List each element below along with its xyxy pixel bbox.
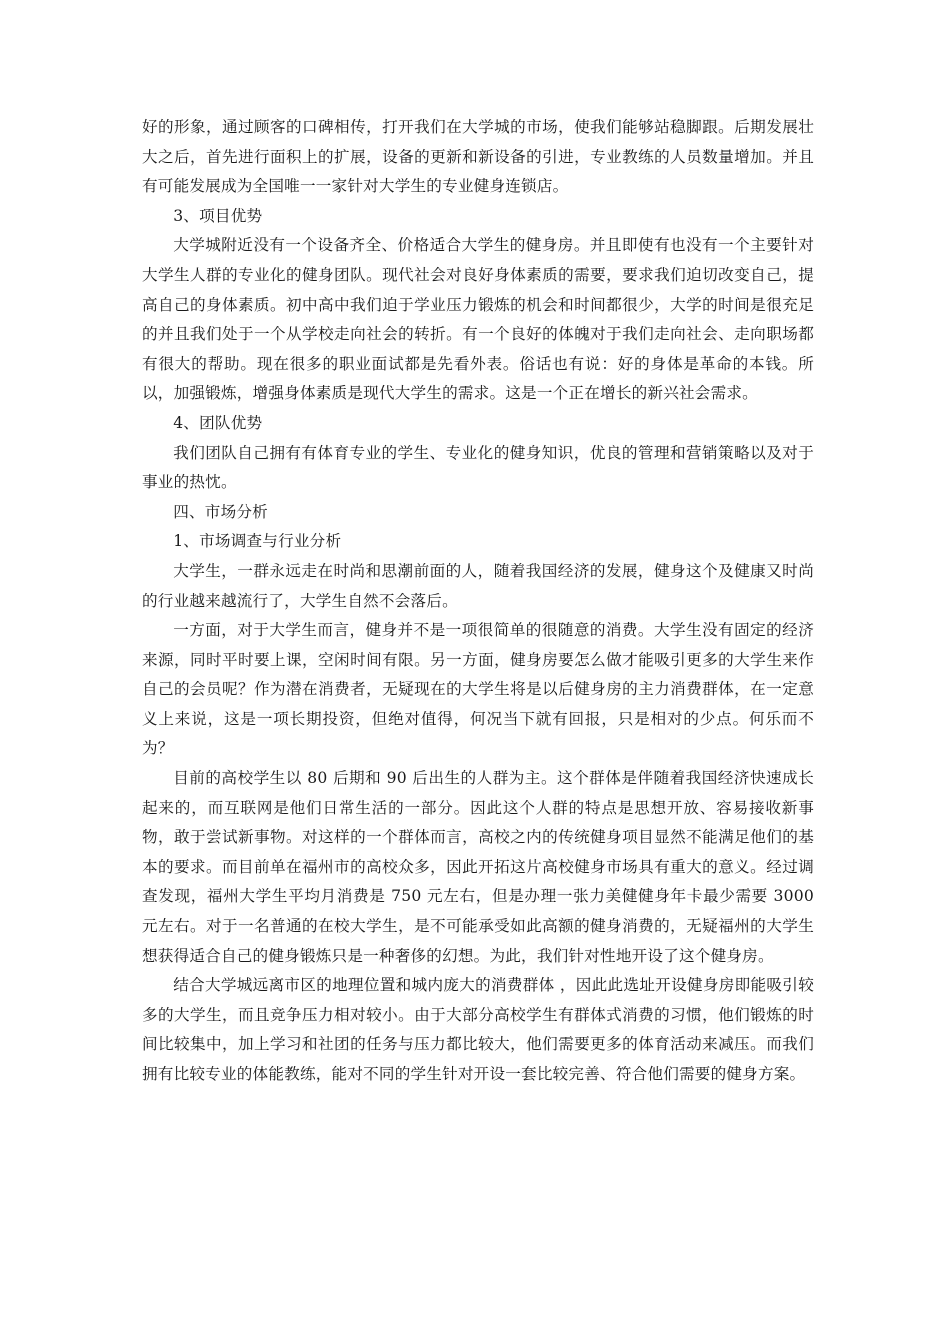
paragraph-continuation: 好的形象，通过顾客的口碑相传，打开我们在大学城的市场，使我们能够站稳脚跟。后期发… [142, 113, 814, 202]
paragraph-team-advantage: 我们团队自己拥有有体育专业的学生、专业化的健身知识，优良的管理和营销策略以及对于… [142, 439, 814, 498]
section-heading-project-advantage: 3、项目优势 [142, 202, 814, 232]
subsection-heading-market-research: 1、市场调查与行业分析 [142, 527, 814, 557]
paragraph-consumption: 一方面，对于大学生而言，健身并不是一项很简单的很随意的消费。大学生没有固定的经济… [142, 616, 814, 764]
section-heading-market-analysis: 四、市场分析 [142, 498, 814, 528]
paragraph-project-advantage: 大学城附近没有一个设备齐全、价格适合大学生的健身房。并且即使有也没有一个主要针对… [142, 231, 814, 409]
document-page: 好的形象，通过顾客的口碑相传，打开我们在大学城的市场，使我们能够站稳脚跟。后期发… [142, 113, 814, 1090]
paragraph-target-group: 目前的高校学生以 80 后期和 90 后出生的人群为主。这个群体是伴随着我国经济… [142, 764, 814, 971]
section-heading-team-advantage: 4、团队优势 [142, 409, 814, 439]
paragraph-students-trend: 大学生，一群永远走在时尚和思潮前面的人，随着我国经济的发展，健身这个及健康又时尚… [142, 557, 814, 616]
paragraph-location: 结合大学城远离市区的地理位置和城内庞大的消费群体 ，因此此选址开设健身房即能吸引… [142, 971, 814, 1089]
